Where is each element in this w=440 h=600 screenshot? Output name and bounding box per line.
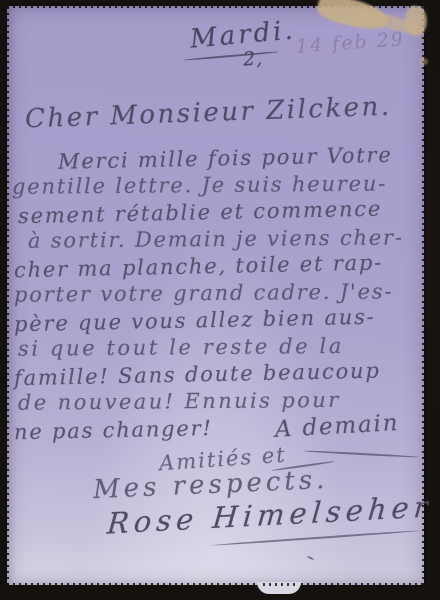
- letter-date-number: 2,: [242, 47, 263, 70]
- tape-stain: [419, 58, 428, 65]
- letter-salutation: Cher Monsieur Zilcken.: [25, 92, 392, 135]
- perforated-edge-left: [6, 6, 9, 585]
- letter-card: Mardi. 2, 14 feb 29 Cher Monsieur Zilcke…: [7, 6, 424, 585]
- photo-backdrop: Mardi. 2, 14 feb 29 Cher Monsieur Zilcke…: [0, 0, 440, 600]
- perforation-tab: [257, 582, 301, 594]
- closing-a-demain: A demain: [274, 410, 400, 444]
- perforated-edge-bottom: [7, 583, 424, 586]
- body-line-text: ne pas changer!: [14, 416, 213, 447]
- ink-mark: [307, 556, 314, 561]
- pen-flourish: [303, 450, 419, 458]
- letter-body: Merci mille fois pour Votre gentille let…: [10, 146, 416, 443]
- pencil-date-annotation: 14 feb 29: [295, 28, 405, 58]
